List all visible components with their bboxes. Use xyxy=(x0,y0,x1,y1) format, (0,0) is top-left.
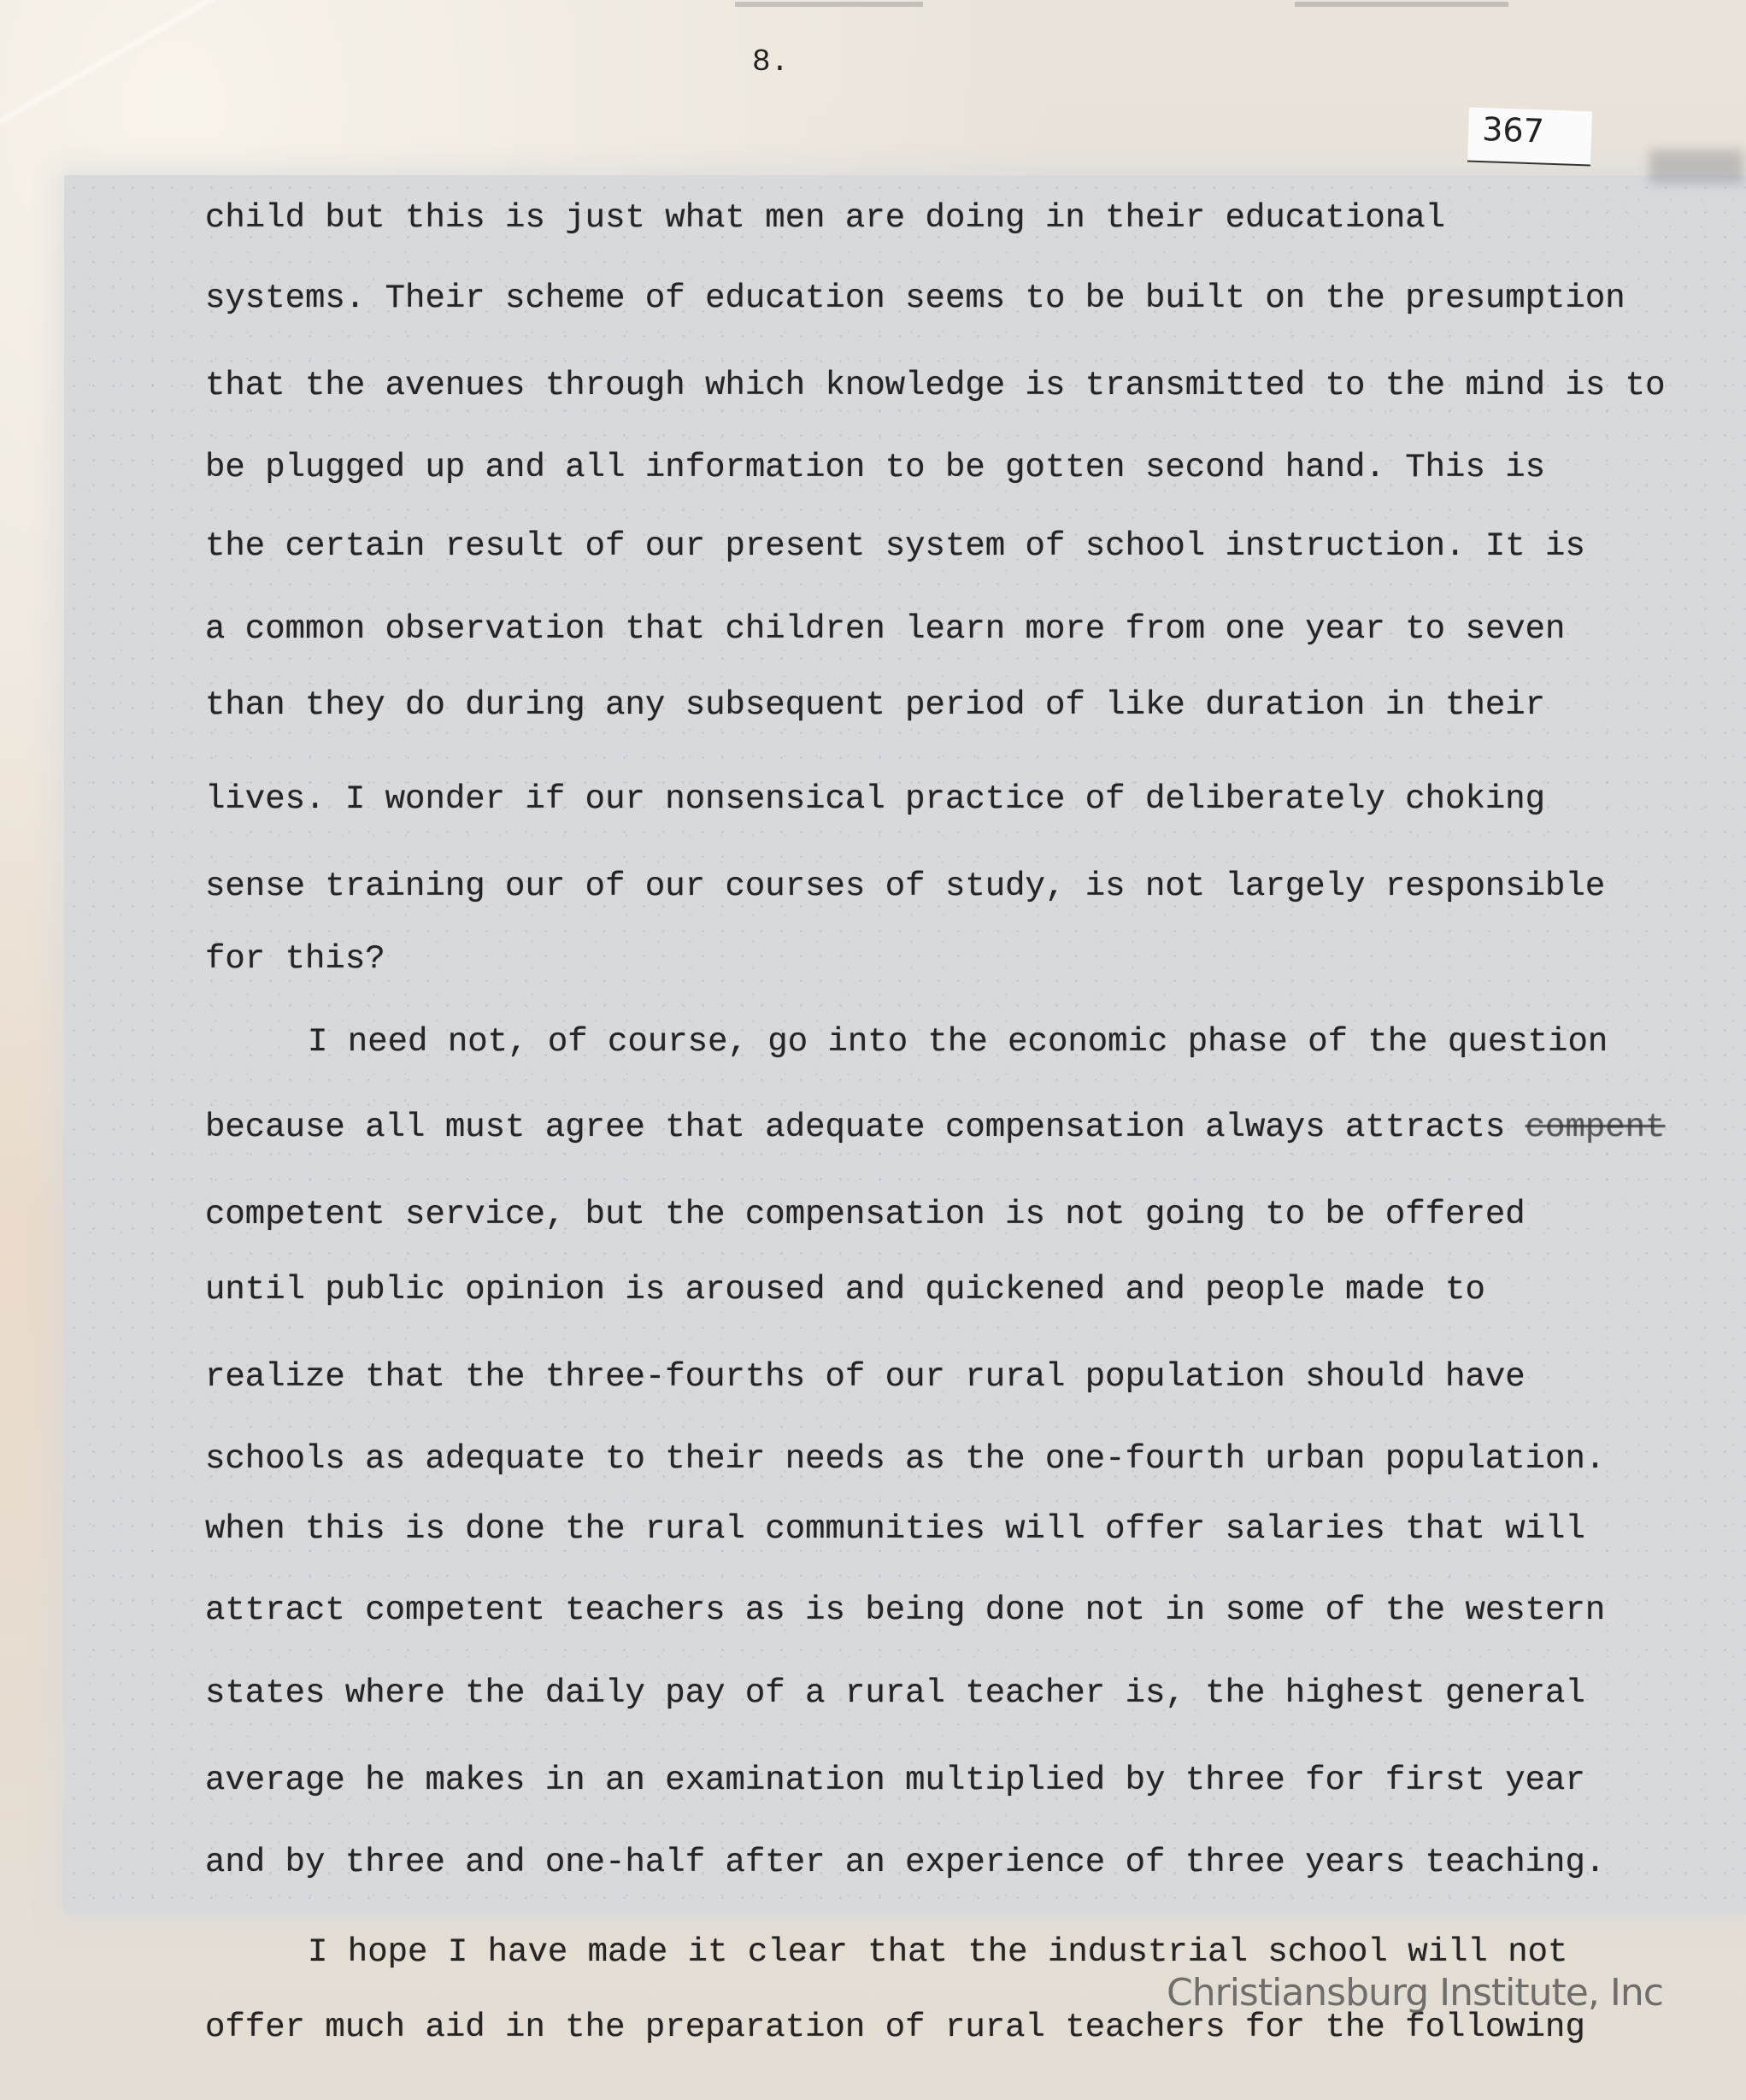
page-number: 8. xyxy=(752,44,789,79)
archive-index-label: 367 xyxy=(1467,108,1592,167)
struck-out-word: compent xyxy=(1526,1109,1666,1146)
text-line: until public opinion is aroused and quic… xyxy=(205,1274,1485,1307)
text-line: be plugged up and all information to be … xyxy=(205,451,1545,485)
text-line: schools as adequate to their needs as th… xyxy=(205,1443,1605,1476)
text-line: competent service, but the compensation … xyxy=(205,1198,1526,1232)
text-line: when this is done the rural communities … xyxy=(205,1513,1585,1546)
text-line: average he makes in an examination multi… xyxy=(205,1764,1585,1797)
text-line: a common observation that children learn… xyxy=(205,613,1565,646)
text-line: and by three and one-half after an exper… xyxy=(205,1846,1605,1879)
text-line: realize that the three-fourths of our ru… xyxy=(205,1361,1526,1394)
text-line: lives. I wonder if our nonsensical pract… xyxy=(205,783,1545,816)
text-line-content: because all must agree that adequate com… xyxy=(205,1109,1526,1146)
text-line: that the avenues through which knowledge… xyxy=(205,369,1665,403)
text-line: attract competent teachers as is being d… xyxy=(205,1594,1605,1627)
text-line: offer much aid in the preparation of rur… xyxy=(205,2011,1585,2044)
text-line: child but this is just what men are doin… xyxy=(205,202,1445,235)
top-edge-mark xyxy=(1295,2,1508,7)
top-edge-mark xyxy=(735,2,923,7)
text-line: systems. Their scheme of education seems… xyxy=(205,282,1625,315)
ink-smudge xyxy=(1649,150,1743,184)
watermark: Christiansburg Institute, Inc xyxy=(1167,1971,1663,2015)
text-line: states where the daily pay of a rural te… xyxy=(205,1677,1585,1710)
text-line: the certain result of our present system… xyxy=(205,530,1585,563)
text-line-with-overtype: because all must agree that adequate com… xyxy=(205,1111,1665,1144)
paragraph-start-line: I hope I have made it clear that the ind… xyxy=(308,1936,1567,1969)
paragraph-start-line: I need not, of course, go into the econo… xyxy=(308,1026,1608,1059)
text-line: than they do during any subsequent perio… xyxy=(205,689,1545,722)
text-line: for this? xyxy=(205,943,385,976)
text-line: sense training our of our courses of stu… xyxy=(205,870,1605,903)
